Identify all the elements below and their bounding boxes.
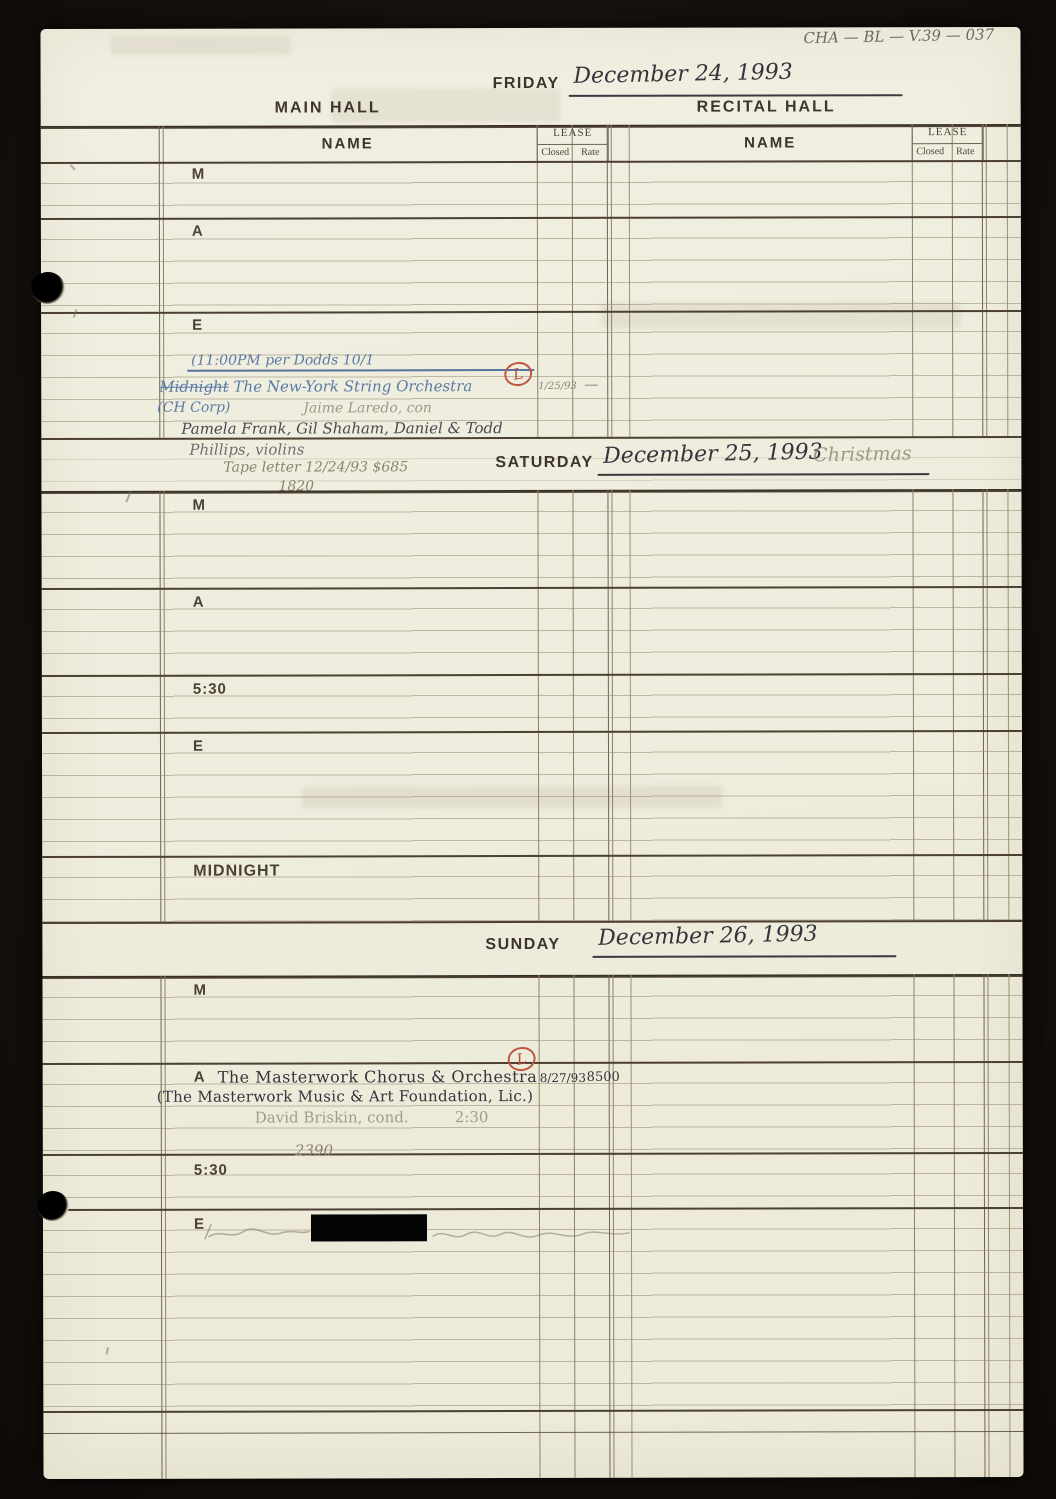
sunday-morning-rules: [42, 974, 1022, 1063]
saturday-time-530: 5:30: [193, 681, 227, 698]
recital-lease-closed-header: Closed: [913, 146, 948, 157]
sunday-time-530: 5:30: [194, 1162, 228, 1179]
illegible-pencil-scrawl: [431, 1224, 631, 1246]
sunday-time-morning: M: [193, 982, 207, 999]
illegible-pencil-scrawl: [201, 1220, 311, 1246]
friday-date-underline: [569, 94, 903, 97]
sunday-entry-conductor: David Briskin, cond.: [255, 1108, 409, 1126]
friday-afternoon-rules: [41, 216, 1021, 312]
friday-entry-struck-word: Midnight: [159, 378, 229, 396]
saturday-morning-rules: [41, 489, 1021, 588]
friday-entry-orchestra-name: The New-York String Orchestra: [234, 377, 473, 396]
saturday-holiday-note: Christmas: [813, 442, 912, 466]
ledger-page: CHA — BL — V.39 — 037 FRIDAY December 24…: [40, 27, 1023, 1479]
friday-entry-corp: (CH Corp): [157, 400, 230, 416]
sunday-time-afternoon: A: [194, 1069, 206, 1086]
punch-hole: [31, 272, 65, 304]
friday-morning-rules: [41, 160, 1021, 218]
saturday-date-handwritten: December 25, 1993: [603, 440, 823, 469]
catalog-number: CHA — BL — V.39 — 037: [803, 25, 994, 47]
friday-entry-tape-letter: Tape letter 12/24/93 $685: [223, 459, 408, 475]
main-lease-divider: [538, 144, 608, 145]
friday-entry-soloists2: Phillips, violins: [189, 440, 304, 458]
main-lease-box: LEASE Closed Rate: [537, 125, 609, 161]
saturday-530-rules: [42, 673, 1022, 732]
saturday-midnight-rules: [42, 854, 1022, 922]
friday-time-afternoon: A: [192, 223, 204, 240]
recital-name-header: NAME: [629, 134, 912, 152]
main-name-header: NAME: [159, 135, 537, 153]
friday-entry-conductor: Jaime Laredo, con: [303, 400, 432, 416]
bleed-through-smudge: [110, 37, 290, 55]
saturday-time-morning: M: [192, 497, 206, 514]
friday-time-morning: M: [192, 166, 206, 183]
recital-lease-header: LEASE: [913, 126, 983, 138]
friday-date-handwritten: December 24, 1993: [573, 60, 793, 89]
recital-lease-box: LEASE Closed Rate: [912, 124, 984, 160]
sunday-entry-foundation: (The Masterwork Music & Art Foundation, …: [157, 1087, 534, 1106]
friday-entry-time-note: (11:00PM per Dodds 10/1: [187, 352, 534, 372]
main-lease-header: LEASE: [538, 127, 608, 139]
main-lease-rate-header: Rate: [573, 147, 608, 158]
sunday-530-rules: [43, 1152, 1023, 1209]
friday-lease-rate: —: [584, 377, 598, 393]
scan-background: { "catalog_number": "CHA — BL — V.39 — 0…: [0, 0, 1056, 1499]
friday-entry-soloists: Pamela Frank, Gil Shaham, Daniel & Todd: [181, 419, 502, 438]
sunday-lease-closed-date: 8/27/93: [540, 1071, 586, 1085]
friday-day-label: FRIDAY: [493, 75, 560, 93]
recital-hall-title: RECITAL HALL: [697, 98, 836, 116]
punch-hole: [37, 1191, 69, 1221]
saturday-day-label: SATURDAY: [495, 454, 593, 472]
saturday-afternoon-rules: [42, 586, 1022, 675]
friday-entry-time-note-text: (11:00PM per Dodds 10/1: [191, 352, 374, 368]
friday-time-evening: E: [192, 317, 203, 334]
sunday-lease-rate: 8500: [587, 1070, 620, 1085]
sunday-date-underline: [592, 955, 896, 958]
sunday-day-label: SUNDAY: [485, 936, 560, 954]
friday-lease-closed-date: 1/25/93: [538, 381, 577, 392]
friday-entry-orchestra: Midnight The New-York String Orchestra: [159, 377, 472, 396]
sunday-date-handwritten: December 26, 1993: [598, 922, 818, 951]
saturday-time-midnight: MIDNIGHT: [193, 863, 280, 881]
redaction-box: [311, 1214, 427, 1241]
saturday-evening-rules: [42, 730, 1022, 856]
recital-lease-divider: [913, 143, 983, 144]
main-hall-title: MAIN HALL: [275, 99, 381, 117]
sunday-entry-showtime: 2:30: [455, 1108, 489, 1126]
recital-lease-rate-header: Rate: [948, 146, 983, 157]
saturday-time-afternoon: A: [193, 594, 205, 611]
main-lease-closed-header: Closed: [538, 147, 573, 158]
sunday-entry-code: 2390: [295, 1141, 333, 1159]
saturday-time-evening: E: [193, 738, 204, 755]
sunday-entry-chorus: The Masterwork Chorus & Orchestra: [218, 1067, 538, 1087]
